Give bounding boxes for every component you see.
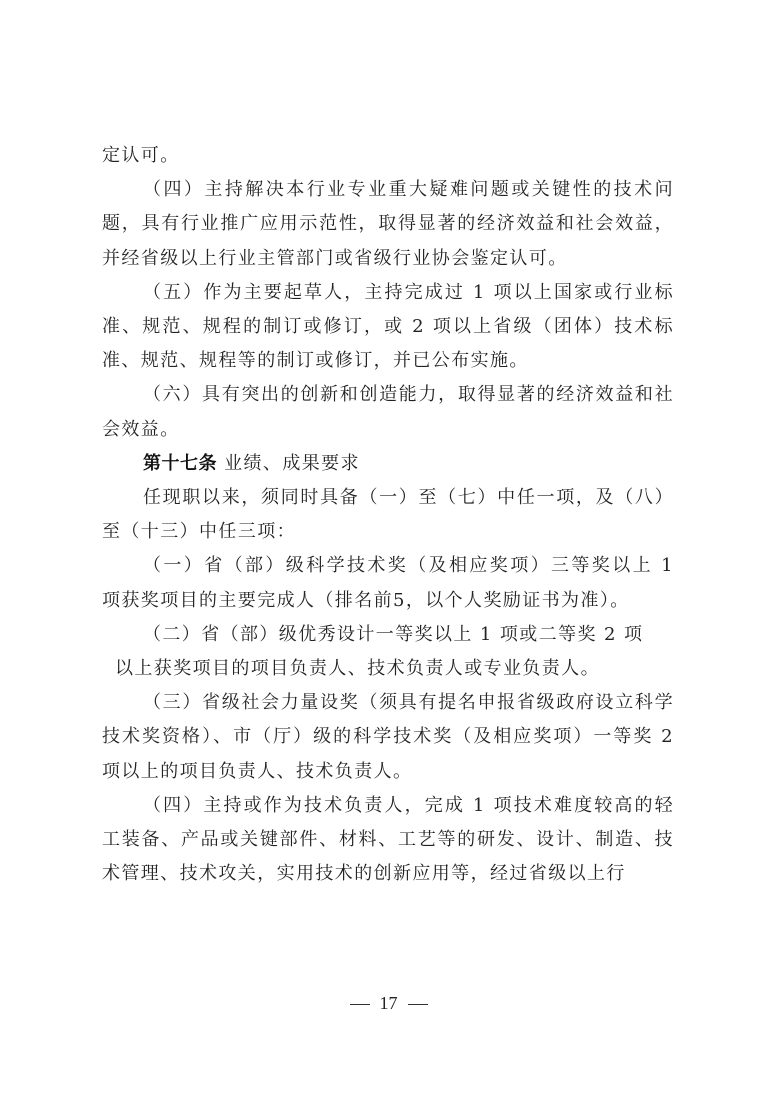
article-number: 第十七条	[143, 453, 217, 474]
paragraph-item-5: （五）作为主要起草人，主持完成过 1 项以上国家或行业标准、规范、规程的制订或修…	[102, 276, 674, 379]
page-body: 定认可。 （四）主持解决本行业专业重大疑难问题或关键性的技术问题，具有行业推广应…	[102, 139, 674, 891]
requirement-item-2-line1: （二）省（部）级优秀设计一等奖以上 1 项或二等奖 2 项	[143, 624, 643, 645]
paragraph-item-4: （四）主持解决本行业专业重大疑难问题或关键性的技术问题，具有行业推广应用示范性，…	[102, 173, 674, 276]
paragraph-item-6: （六）具有突出的创新和创造能力，取得显著的经济效益和社会效益。	[102, 378, 674, 446]
requirement-item-1: （一）省（部）级科学技术奖（及相应奖项）三等奖以上 1 项获奖项目的主要完成人（…	[102, 549, 674, 617]
article-intro: 任现职以来，须同时具备（一）至（七）中任一项，及（八）至（十三）中任三项：	[102, 481, 674, 549]
paragraph-continuation: 定认可。	[102, 139, 674, 173]
requirement-item-2-continued: 以上获奖项目的项目负责人、技术负责人或专业负责人。	[102, 652, 674, 686]
page-number: 17	[380, 993, 398, 1013]
article-heading: 第十七条 业绩、成果要求	[102, 447, 674, 481]
page-footer: 17	[0, 993, 777, 1014]
dash-left	[350, 1004, 370, 1005]
requirement-item-3: （三）省级社会力量设奖（须具有提名申报省级政府设立科学技术奖资格）、市（厅）级的…	[102, 686, 674, 789]
requirement-item-2: （二）省（部）级优秀设计一等奖以上 1 项或二等奖 2 项	[102, 618, 674, 652]
dash-right	[408, 1004, 428, 1005]
document-page: 定认可。 （四）主持解决本行业专业重大疑难问题或关键性的技术问题，具有行业推广应…	[0, 0, 777, 1099]
article-title: 业绩、成果要求	[224, 453, 360, 474]
requirement-item-4: （四）主持或作为技术负责人，完成 1 项技术难度较高的轻工装备、产品或关键部件、…	[102, 789, 674, 892]
